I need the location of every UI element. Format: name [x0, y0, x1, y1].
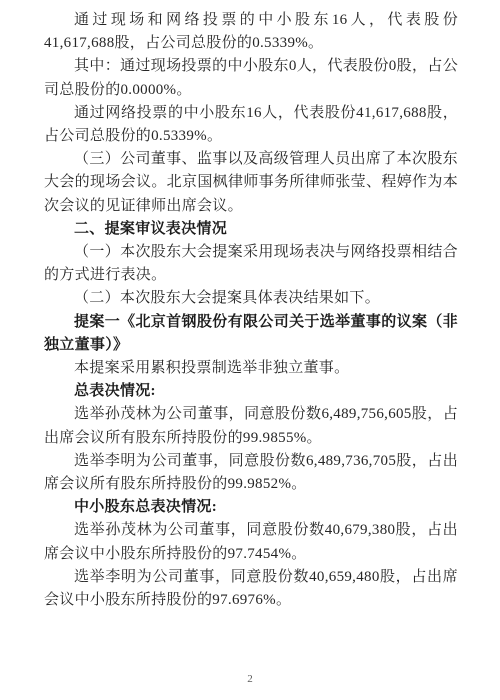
- para-voting-method: （一）本次股东大会提案采用现场表决与网络投票相结合的方式进行表决。: [44, 241, 458, 287]
- para-minority-combined-voting: 通过现场和网络投票的中小股东16人，代表股份41,617,688股，占公司总股份…: [44, 9, 458, 55]
- para-voting-results-intro: （二）本次股东大会提案具体表决结果如下。: [44, 287, 458, 310]
- para-minority-onsite-voting: 其中：通过现场投票的中小股东0人，代表股份0股，占公司总股份的0.0000%。: [44, 55, 458, 101]
- page-number: 2: [0, 673, 500, 685]
- heading-proposal-1-title: 提案一《北京首钢股份有限公司关于选举董事的议案（非独立董事）》: [44, 311, 458, 357]
- para-attendees-and-lawyers: （三）公司董事、监事以及高级管理人员出席了本次股东大会的现场会议。北京国枫律师事…: [44, 148, 458, 218]
- para-sun-maolin-minority: 选举孙茂林为公司董事，同意股份数40,679,380股，占出席会议中小股东所持股…: [44, 519, 458, 565]
- para-minority-online-voting: 通过网络投票的中小股东16人，代表股份41,617,688股，占公司总股份的0.…: [44, 102, 458, 148]
- para-cumulative-voting-note: 本提案采用累积投票制选举非独立董事。: [44, 357, 458, 380]
- document-body: 通过现场和网络投票的中小股东16人，代表股份41,617,688股，占公司总股份…: [44, 9, 458, 612]
- heading-total-voting-results: 总表决情况:: [44, 380, 458, 403]
- heading-minority-voting-results: 中小股东总表决情况:: [44, 496, 458, 519]
- document-page: 通过现场和网络投票的中小股东16人，代表股份41,617,688股，占公司总股份…: [0, 0, 500, 700]
- para-sun-maolin-total: 选举孙茂林为公司董事，同意股份数6,489,756,605股，占出席会议所有股东…: [44, 403, 458, 449]
- heading-section-2-proposal-review: 二、提案审议表决情况: [44, 218, 458, 241]
- para-li-ming-total: 选举李明为公司董事，同意股份数6,489,736,705股，占出席会议所有股东所…: [44, 450, 458, 496]
- para-li-ming-minority: 选举李明为公司董事，同意股份数40,659,480股，占出席会议中小股东所持股份…: [44, 566, 458, 612]
